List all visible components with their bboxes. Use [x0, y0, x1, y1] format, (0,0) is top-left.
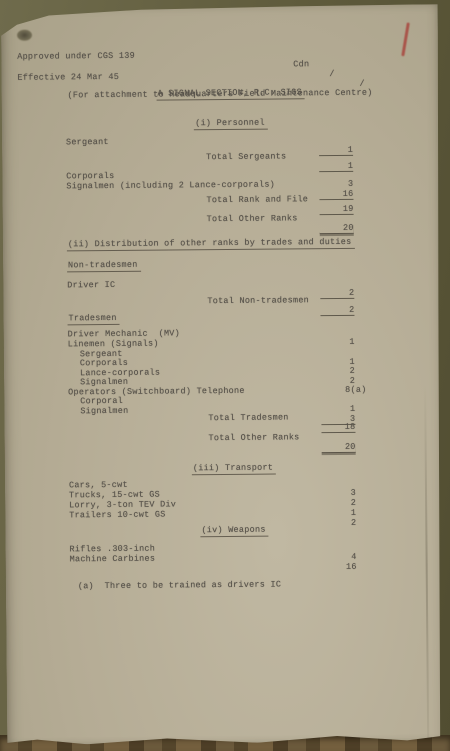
paper-tear-mark [17, 30, 32, 41]
footnote: (a) Three to be trained as drivers IC [6, 568, 443, 583]
approval-line: Approved under CGS 139 Cdn / / [1, 38, 438, 53]
document-page: Approved under CGS 139 Cdn / / Effective… [1, 4, 444, 748]
approval-text: Approved under CGS 139 [17, 51, 135, 62]
tradesmen-total-row: Total Other Ranks 20 [4, 421, 441, 436]
tradesmen-heading: Tradesmen [3, 300, 440, 315]
paper-crease [424, 384, 429, 744]
personnel-total-row: Total Other Ranks 20 [3, 202, 440, 217]
section-distribution-heading: (ii) Distribution of other ranks by trad… [3, 226, 440, 241]
photo-of-document: { "header": { "approved": "Approved unde… [0, 0, 450, 751]
